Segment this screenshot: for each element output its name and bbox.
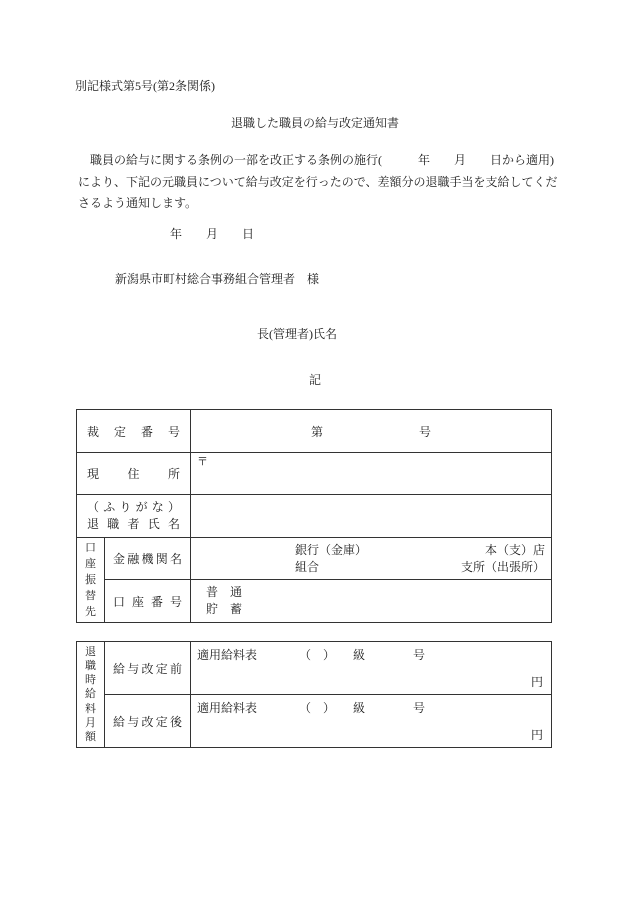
- address-value-cell: 〒: [191, 453, 552, 495]
- decision-number-label: 裁定番号: [87, 423, 180, 440]
- table-row: 裁定番号 第 号: [77, 410, 552, 453]
- account-number-label-cell: 口座番号: [105, 580, 191, 623]
- table-row: （ふりがな） 退職者氏名: [77, 495, 552, 538]
- financial-institution-value-cell: 銀行（金庫） 本（支）店 組合 支所（出張所）: [191, 538, 552, 580]
- monthly-salary-group-cell: 退職時給料月額: [77, 642, 105, 748]
- table-row: 給与改定後 適用給料表 （ ） 級 号 円: [77, 695, 552, 748]
- account-transfer-group-label: 口座振替先: [77, 542, 104, 618]
- before-revision-label: 給与改定前: [113, 660, 182, 677]
- addressee-line: 新潟県市町村総合事務組合管理者 様: [115, 272, 319, 286]
- bank-line-1: 銀行（金庫） 本（支）店: [191, 542, 551, 559]
- postal-mark: 〒: [197, 456, 208, 468]
- furigana-label: （ふりがな）: [87, 499, 180, 516]
- account-type-savings: 貯 蓄: [206, 601, 551, 618]
- notice-paragraph: 職員の給与に関する条例の一部を改正する条例の施行( 年 月 日から適用) により…: [78, 150, 558, 215]
- bank-name-options: 銀行（金庫） 本（支）店 組合 支所（出張所）: [191, 538, 551, 579]
- monthly-salary-group-label: 退職時給料月額: [77, 646, 104, 743]
- head-branch-option: 本（支）店: [485, 542, 545, 559]
- yen-unit: 円: [197, 728, 543, 742]
- after-revision-label-cell: 給与改定後: [105, 695, 191, 748]
- before-revision-value-cell: 適用給料表 （ ） 級 号 円: [191, 642, 552, 695]
- signer-name-line: 長(管理者)氏名: [257, 327, 337, 341]
- retiree-name-value-cell: [191, 495, 552, 538]
- paragraph-line-3: さるよう通知します。: [78, 193, 558, 215]
- decision-number-value: 第 号: [191, 410, 552, 453]
- account-transfer-group-cell: 口座振替先: [77, 538, 105, 623]
- table-row: 退職時給料月額 給与改定前 適用給料表 （ ） 級 号 円: [77, 642, 552, 695]
- date-line: 年 月 日: [170, 227, 254, 241]
- before-revision-content: 適用給料表 （ ） 級 号 円: [191, 642, 551, 694]
- yen-unit: 円: [197, 675, 543, 689]
- after-revision-label: 給与改定後: [113, 713, 182, 730]
- document-title: 退職した職員の給与改定通知書: [0, 116, 630, 130]
- account-number-value-cell: 普 通 貯 蓄: [191, 580, 552, 623]
- table-row: 現住所 〒: [77, 453, 552, 495]
- union-option: 組合: [295, 559, 319, 576]
- salary-scale-line: 適用給料表 （ ） 級 号: [197, 701, 543, 715]
- bank-line-2: 組合 支所（出張所）: [191, 559, 551, 576]
- branch-office-option: 支所（出張所）: [461, 559, 545, 576]
- salary-revision-table: 退職時給料月額 給与改定前 適用給料表 （ ） 級 号 円 給与改定後 適用給料…: [76, 641, 552, 748]
- bank-type-option: 銀行（金庫）: [295, 542, 367, 559]
- financial-institution-label-cell: 金融機関名: [105, 538, 191, 580]
- retiree-name-label: 退職者氏名: [87, 516, 180, 533]
- paragraph-line-1: 職員の給与に関する条例の一部を改正する条例の施行( 年 月 日から適用): [78, 150, 558, 172]
- after-revision-value-cell: 適用給料表 （ ） 級 号 円: [191, 695, 552, 748]
- before-revision-label-cell: 給与改定前: [105, 642, 191, 695]
- retiree-name-label-cell: （ふりがな） 退職者氏名: [77, 495, 191, 538]
- salary-scale-line: 適用給料表 （ ） 級 号: [197, 648, 543, 662]
- table-row: 口座振替先 金融機関名 銀行（金庫） 本（支）店 組合 支所（出張所）: [77, 538, 552, 580]
- retiree-info-table: 裁定番号 第 号 現住所 〒 （ふりがな） 退職者氏名 口座振替先 金融機関名 …: [76, 409, 552, 623]
- address-label-cell: 現住所: [77, 453, 191, 495]
- account-type-options: 普 通 貯 蓄: [191, 580, 551, 622]
- address-label: 現住所: [87, 465, 180, 482]
- account-number-label: 口座番号: [113, 593, 182, 610]
- financial-institution-label: 金融機関名: [113, 550, 182, 567]
- record-marker: 記: [0, 373, 630, 387]
- account-type-ordinary: 普 通: [206, 584, 551, 601]
- form-number: 別記様式第5号(第2条関係): [75, 79, 215, 93]
- after-revision-content: 適用給料表 （ ） 級 号 円: [191, 695, 551, 747]
- decision-number-label-cell: 裁定番号: [77, 410, 191, 453]
- table-row: 口座番号 普 通 貯 蓄: [77, 580, 552, 623]
- paragraph-line-2: により、下記の元職員について給与改定を行ったので、差額分の退職手当を支給してくだ: [78, 172, 558, 194]
